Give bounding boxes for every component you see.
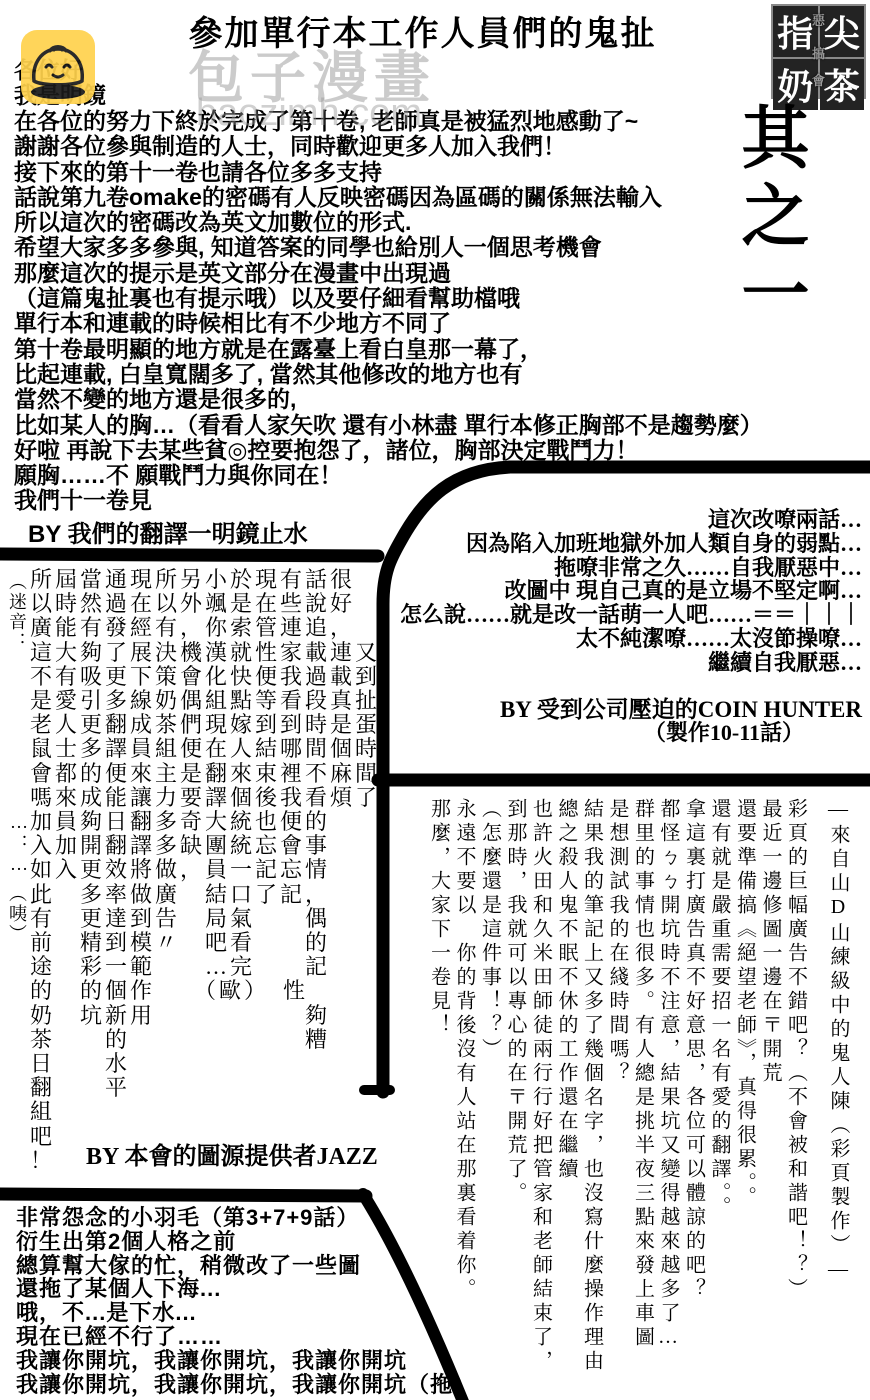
puzzle-row: 這大夠了展決機漢就性家載連又 xyxy=(30,641,380,665)
ghost-chen-column: 還要準備搞《絕望老師》，真得很累。。 xyxy=(731,798,757,1400)
feather-line: 衍生出第2個人格之前 xyxy=(16,1230,476,1254)
coin-hunter-section: 這次改嘹兩話…因為陷入加班地獄外加人類自身的弱點…拖嘹非常之久……自我厭惡中…改… xyxy=(302,508,862,745)
puzzle-row: 嗎來成能讓力要譯個後我看煩了 xyxy=(30,786,380,810)
main-text-line: 願胸……不 願戰鬥力與你同在！ xyxy=(14,463,763,488)
feather-line: 總算幫大傢的忙，稍微改了一些圖 xyxy=(16,1254,476,1278)
puzzle-row: 是愛引多線奶偶組點等看段真扯 xyxy=(30,689,380,713)
ghost-chen-column: 還有就是嚴重需要招一名有愛的翻譯。。 xyxy=(706,798,732,1400)
main-text-line: 我們十一卷見 xyxy=(14,488,763,513)
puzzle-row: 廣能有發經有，你索管連追， xyxy=(30,616,380,640)
badge-center-char: 惡 xyxy=(812,10,825,29)
puzzle-row: 會都的便來主是翻來束裡不麻間 xyxy=(30,762,380,786)
puzzle-row: 所屆當通現所另小於現有話很 xyxy=(30,568,380,592)
manga-afterword-page: 參加單行本工作人員們的鬼扯 指 尖 奶 茶 惡 搞 會 其之一 包子漫畫 bao… xyxy=(0,0,870,1400)
main-text-line: （這篇鬼扯裏也有提示哦）以及要仔細看幫助檔哦 xyxy=(14,286,763,311)
ghost-chen-column: 總之殺人鬼不眠不休的工作還在繼續 xyxy=(553,798,579,1400)
ghost-chen-column: （怎麼還是這件事！？） xyxy=(476,798,502,1400)
feather-line: 我讓你開坑，我讓你開坑，我讓你開坑（拖） xyxy=(16,1373,476,1397)
feather-line: 哦，不...是下水... xyxy=(16,1301,476,1325)
puzzle-row: 如入更效將做，員一記忘情 xyxy=(30,858,380,882)
main-text-line: 比起連載, 白皇寬闊多了, 當然其他修改的地方也有 xyxy=(14,362,763,387)
coin-line: 怎么說……就是改一話萌一人吧……＝＝｜｜｜ xyxy=(302,603,862,627)
ghost-chen-column: 也許火田和久米田師徒兩行行好把管家和老師結束了， xyxy=(527,798,553,1400)
ghost-chen-column: 是想測試我的在綫時間嗎？ xyxy=(604,798,630,1400)
puzzle-row: 入加開翻譯多缺團統忘會事 xyxy=(30,834,380,858)
puzzle-margin-note-top: （迷音： xyxy=(4,572,30,652)
translator-signature: BY 我們的翻譯一明鏡止水 xyxy=(28,514,308,549)
badge-char: 尖 xyxy=(820,6,865,57)
main-text-line: 那麼這次的提示是英文部分在漫畫中出現過 xyxy=(14,261,763,286)
coin-line: 拖嘹非常之久……自我厭惡中… xyxy=(302,556,862,580)
feather-section: 非常怨念的小羽毛（第3+7+9話）衍生出第2個人格之前總算幫大傢的忙，稍微改了一… xyxy=(16,1206,476,1396)
badge-center-char: 搞 xyxy=(812,43,825,62)
coin-line: 繼續自我厭惡… xyxy=(302,651,862,675)
puzzle-row: 途 彩一範 …完 記 xyxy=(30,955,380,979)
puzzle-row: 前 精到模〃 吧看 的 xyxy=(30,931,380,955)
puzzle-row: 老人更翻成茶們現嫁到到時是蛋 xyxy=(30,713,380,737)
ghost-chen-column: 到那時，我就可以專心的在〒開荒了。 xyxy=(502,798,528,1400)
feather-line: 現在已經不行了…… xyxy=(16,1325,476,1349)
puzzle-row: 茶 的 糟 xyxy=(30,1028,380,1052)
main-text-line: 當然不變的地方還是很多的, xyxy=(14,387,763,412)
main-text-line: 所以這次的密碼改為英文加數位的形式. xyxy=(14,210,763,235)
ghost-chen-column: 彩頁的巨幅廣告不錯吧？（不會被和諧吧！？） xyxy=(782,798,808,1400)
puzzle-row: 翻 平 xyxy=(30,1076,380,1100)
puzzle-row: 組 xyxy=(30,1100,380,1124)
ghost-chen-column: 拿這裏打廣告真不好意思，各位可以體諒的吧？ xyxy=(680,798,706,1400)
puzzle-row: 鼠士多譯員組便在人結哪間個時 xyxy=(30,737,380,761)
puzzle-row: 有 更達到告 局氣 偶 xyxy=(30,907,380,931)
coin-lines: 這次改嘹兩話…因為陷入加班地獄外加人類自身的弱點…拖嘹非常之久……自我厭惡中…改… xyxy=(302,508,862,675)
badge-center-char: 會 xyxy=(812,70,825,89)
coin-line: 改圖中 現自己真的是立場不堅定啊… xyxy=(302,579,862,603)
badge-char: 茶 xyxy=(820,59,865,110)
feather-line: 非常怨念的小羽毛（第3+7+9話） xyxy=(16,1206,476,1230)
badge-char: 指 xyxy=(773,6,818,57)
ghost-chen-column: 結果我的筆記上又多了幾個名字，也沒寫什麼操作理由 xyxy=(578,798,604,1400)
ghost-chen-column: 最近一邊修圖一邊在〒開荒 xyxy=(757,798,783,1400)
puzzle-row: 奶 坑新用 夠 xyxy=(30,1004,380,1028)
puzzle-text-block: 所屆當通現所另小於現有話很以時然過在以外颯是在些說好廣能有發經有，你索管連追，這… xyxy=(30,568,380,1173)
main-text-line: 單行本和連載的時候相比有不少地方不同了 xyxy=(14,311,763,336)
puzzle-margin-note-low: （咦） xyxy=(4,884,30,944)
puzzle-row: 此 多率做廣 結口了記， xyxy=(30,883,380,907)
puzzle-row: 的 的個作 （歐） 性 xyxy=(30,979,380,1003)
ghost-chen-section: —來自山D山練級中的鬼人陳（彩頁製作）—彩頁的巨幅廣告不錯吧？（不會被和諧吧！？… xyxy=(425,798,850,1400)
ghost-chen-column: —來自山D山練級中的鬼人陳（彩頁製作）— xyxy=(825,798,851,1400)
main-text-line: 謝謝各位參與制造的人士，同時歡迎更多人加入我們！ xyxy=(14,134,763,159)
main-text: 在各位的努力下終於完成了第十卷, 老師真是被猛烈地感動了~謝謝各位參與制造的人士… xyxy=(14,109,763,514)
main-text-line: 好啦 再說下去某些貧◎控要抱怨了，諸位，胸部決定戰鬥力！ xyxy=(14,438,763,463)
puzzle-row: 不有吸更下策會化快便我過載到 xyxy=(30,665,380,689)
puzzle-row: 加員夠日翻多奇大統也便的 xyxy=(30,810,380,834)
main-text-line: 希望大家多多參與, 知道答案的同學也給別人一個思考機會 xyxy=(14,235,763,260)
watermark-domain: baozimh.com xyxy=(196,92,422,135)
bun-mascot-icon xyxy=(20,29,96,105)
ghost-chen-column: 都怪ㄅㄅ開坑時不注意，結果坑又變得越來越多了… xyxy=(655,798,681,1400)
coin-hunter-signature: BY 受到公司壓迫的COIN HUNTER xyxy=(302,698,862,722)
puzzle-margin-note-mid: …：… xyxy=(6,812,32,876)
puzzle-row: ！ xyxy=(30,1149,380,1173)
main-text-line: 第十卷最明顯的地方就是在露臺上看白皇那一幕了， xyxy=(14,337,763,362)
main-text-line: 比如某人的胸…（看看人家矢吹 還有小林盡 單行本修正胸部不是趨勢麼） xyxy=(14,413,763,438)
coin-line: 因為陷入加班地獄外加人類自身的弱點… xyxy=(302,532,862,556)
main-text-line: 話說第九卷omake的密碼有人反映密碼因為區碼的關係無法輸入 xyxy=(14,185,763,210)
main-text-line: 接下來的第十一卷也請各位多多支持 xyxy=(14,160,763,185)
puzzle-row: 吧 xyxy=(30,1125,380,1149)
puzzle-row: 日 水 xyxy=(30,1052,380,1076)
ghost-chen-column: 群里的事情也很多。有人總是挑半夜三點來發上車圖 xyxy=(629,798,655,1400)
feather-line: 我讓你開坑，我讓你開坑，我讓你開坑 xyxy=(16,1349,476,1373)
puzzle-row: 以時然過在以外颯是在些說好 xyxy=(30,592,380,616)
feather-line: 還拖了某個人下海... xyxy=(16,1277,476,1301)
coin-line: 太不純潔嘹……太沒節操嘹… xyxy=(302,627,862,651)
group-badge: 指 尖 奶 茶 惡 搞 會 xyxy=(771,4,866,99)
